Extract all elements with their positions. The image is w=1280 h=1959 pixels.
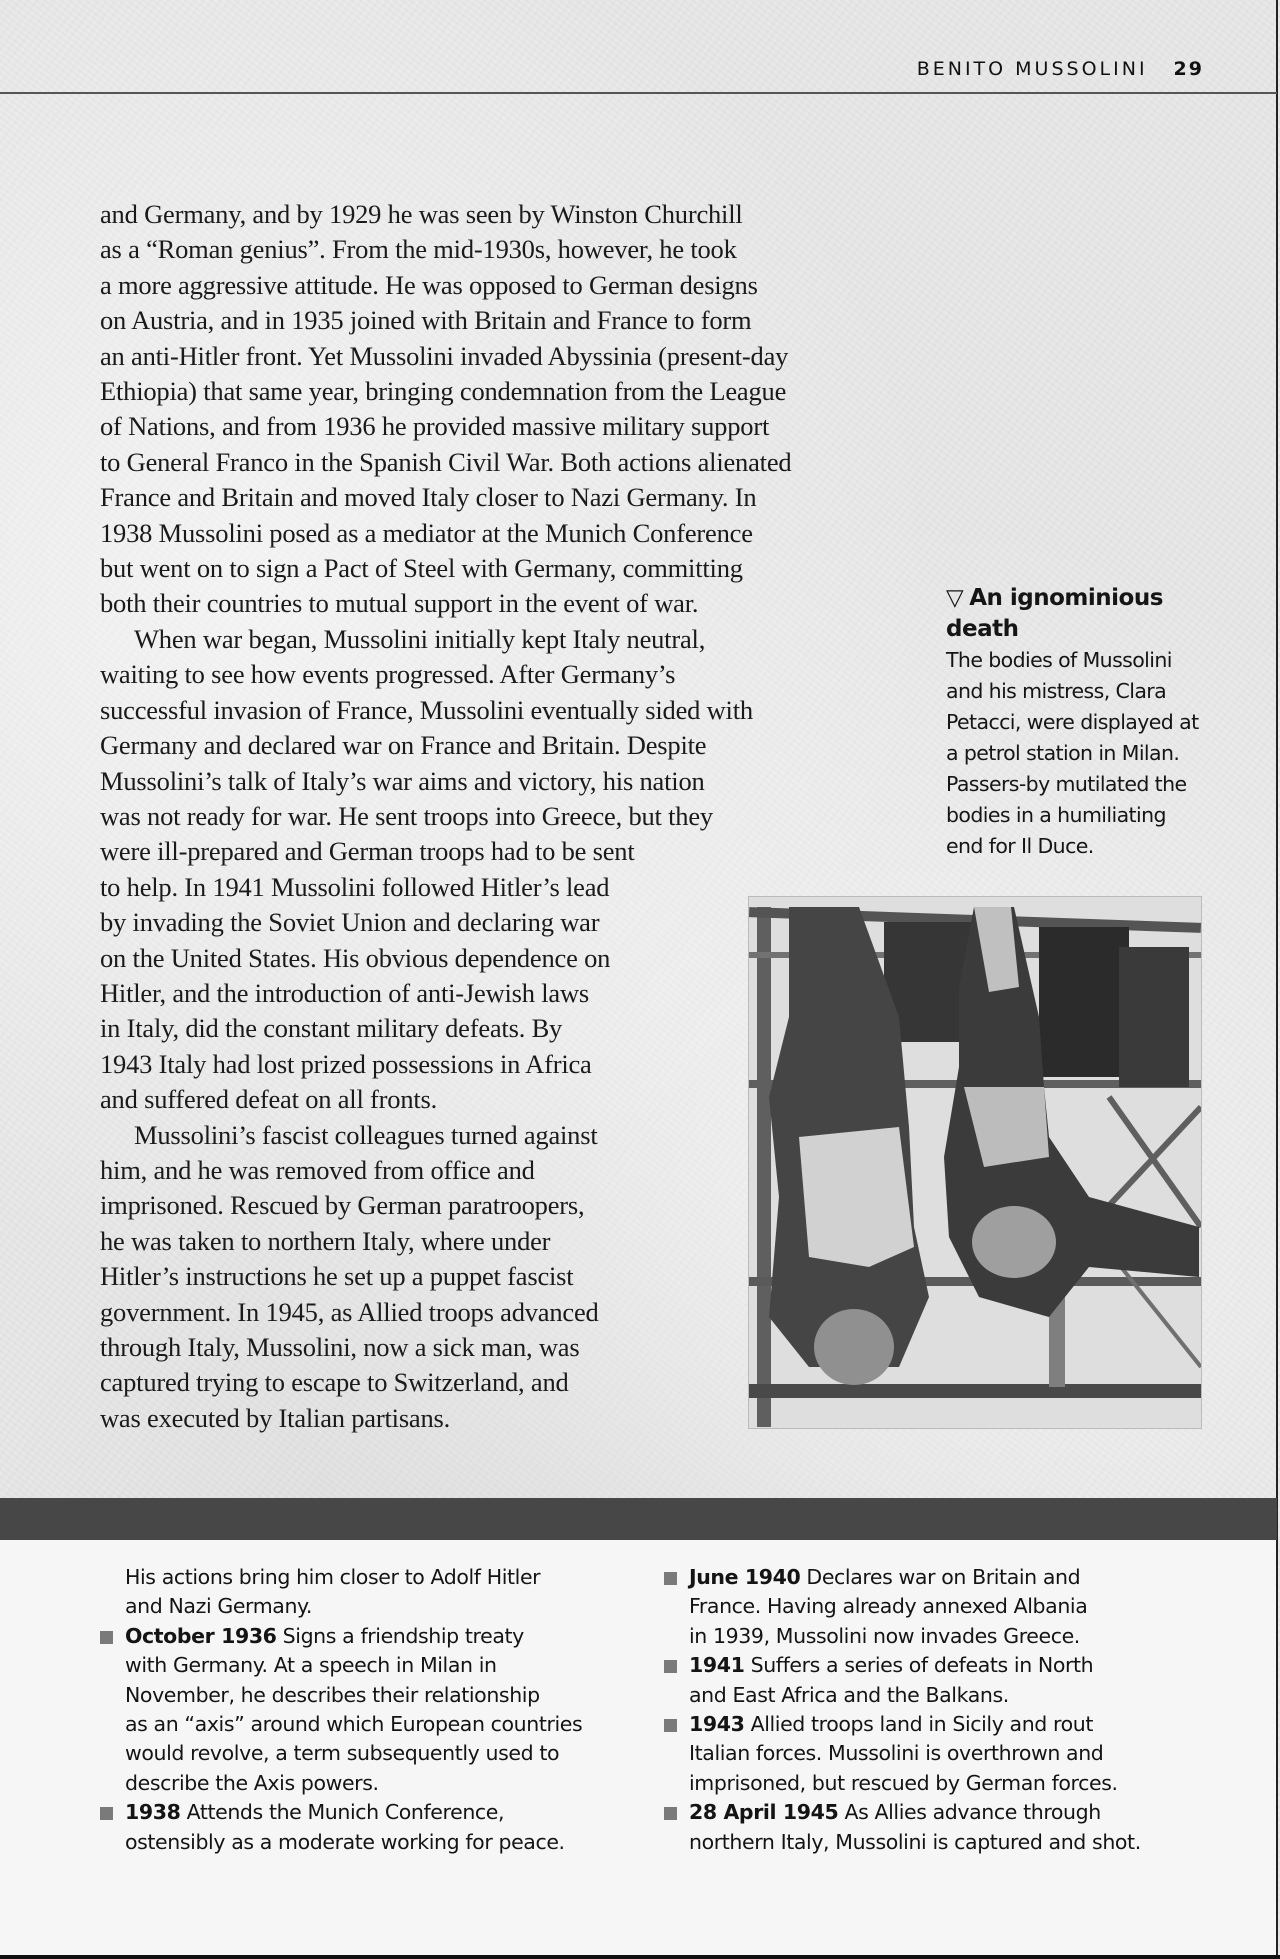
text-line: France and Britain and moved Italy close…	[100, 480, 930, 515]
timeline-date: June 1940	[689, 1565, 800, 1589]
caption-line: The bodies of Mussolini	[946, 645, 1206, 676]
timeline-text: Attends the Munich Conference,	[180, 1800, 504, 1824]
triangle-down-pointer-icon: ▽	[946, 585, 963, 611]
timeline-line: November, he describes their relationshi…	[125, 1681, 620, 1710]
text-line: was not ready for war. He sent troops in…	[100, 799, 930, 834]
text-line: When war began, Mussolini initially kept…	[100, 622, 930, 657]
timeline-item: 28 April 1945 As Allies advance through …	[664, 1798, 1224, 1857]
paragraph-1: and Germany, and by 1929 he was seen by …	[100, 197, 930, 622]
timeline-line: imprisoned, but rescued by German forces…	[689, 1769, 1224, 1798]
timeline-line: ostensibly as a moderate working for pea…	[125, 1828, 620, 1857]
text-line: were ill-prepared and German troops had …	[100, 834, 930, 869]
timeline-item: His actions bring him closer to Adolf Hi…	[100, 1563, 620, 1622]
text-line: Germany and declared war on France and B…	[100, 728, 930, 763]
timeline-column-left: His actions bring him closer to Adolf Hi…	[100, 1563, 620, 1857]
book-page: BENITO MUSSOLINI 29 and Germany, and by …	[0, 0, 1280, 1959]
timeline-date: 1938	[125, 1800, 180, 1824]
text-line: on Austria, and in 1935 joined with Brit…	[100, 303, 930, 338]
text-line: a more aggressive attitude. He was oppos…	[100, 268, 930, 303]
timeline-line: and Nazi Germany.	[125, 1592, 620, 1621]
caption-line: and his mistress, Clara	[946, 676, 1206, 707]
square-bullet-icon	[664, 1572, 677, 1585]
timeline-item: 1941 Suffers a series of defeats in Nort…	[664, 1651, 1224, 1710]
timeline-line: with Germany. At a speech in Milan in	[125, 1651, 620, 1680]
caption-title-line: death	[946, 616, 1018, 642]
caption-line: bodies in a humiliating	[946, 800, 1206, 831]
page-bottom-border	[0, 1955, 1280, 1959]
timeline-date: October 1936	[125, 1624, 277, 1648]
caption-line: Petacci, were displayed at	[946, 707, 1206, 738]
square-bullet-icon	[664, 1719, 677, 1732]
caption-line: Passers-by mutilated the	[946, 769, 1206, 800]
page-right-border	[1276, 0, 1278, 1959]
timeline-band	[0, 1498, 1277, 1540]
caption-title-line: An ignominious	[969, 585, 1163, 611]
timeline-line: in 1939, Mussolini now invades Greece.	[689, 1622, 1224, 1651]
running-title: BENITO MUSSOLINI	[917, 58, 1148, 80]
timeline-line: France. Having already annexed Albania	[689, 1592, 1224, 1621]
square-bullet-icon	[100, 1807, 113, 1820]
timeline-line: Italian forces. Mussolini is overthrown …	[689, 1739, 1224, 1768]
timeline-text: As Allies advance through	[838, 1800, 1100, 1824]
photo-image	[749, 897, 1201, 1428]
caption-body: The bodies of Mussolini and his mistress…	[946, 645, 1206, 862]
text-line: as a “Roman genius”. From the mid-1930s,…	[100, 232, 930, 267]
caption-title: ▽An ignominious death	[946, 583, 1206, 645]
text-line: an anti-Hitler front. Yet Mussolini inva…	[100, 339, 930, 374]
text-line: and Germany, and by 1929 he was seen by …	[100, 197, 930, 232]
timeline-line: would revolve, a term subsequently used …	[125, 1739, 620, 1768]
historical-photograph	[748, 896, 1202, 1429]
text-line: but went on to sign a Pact of Steel with…	[100, 551, 930, 586]
text-line: 1938 Mussolini posed as a mediator at th…	[100, 516, 930, 551]
timeline-line: northern Italy, Mussolini is captured an…	[689, 1828, 1224, 1857]
timeline-item: 1943 Allied troops land in Sicily and ro…	[664, 1710, 1224, 1798]
timeline-item: June 1940 Declares war on Britain and Fr…	[664, 1563, 1224, 1651]
timeline-date: 1943	[689, 1712, 744, 1736]
timeline-text: Declares war on Britain and	[800, 1565, 1080, 1589]
text-line: of Nations, and from 1936 he provided ma…	[100, 409, 930, 444]
text-line: to General Franco in the Spanish Civil W…	[100, 445, 930, 480]
timeline-line: and East Africa and the Balkans.	[689, 1681, 1224, 1710]
timeline-line: describe the Axis powers.	[125, 1769, 620, 1798]
square-bullet-icon	[664, 1660, 677, 1673]
header-rule	[0, 92, 1277, 94]
text-line: Ethiopia) that same year, bringing conde…	[100, 374, 930, 409]
timeline-line: His actions bring him closer to Adolf Hi…	[125, 1563, 620, 1592]
timeline-item: October 1936 Signs a friendship treaty w…	[100, 1622, 620, 1798]
caption-line: a petrol station in Milan.	[946, 738, 1206, 769]
timeline-text: Suffers a series of defeats in North	[744, 1653, 1093, 1677]
timeline-date: 1941	[689, 1653, 744, 1677]
running-head: BENITO MUSSOLINI 29	[917, 58, 1204, 80]
photo-caption: ▽An ignominious death The bodies of Muss…	[946, 583, 1206, 862]
timeline-text: Signs a friendship treaty	[277, 1624, 524, 1648]
text-line: successful invasion of France, Mussolini…	[100, 693, 930, 728]
square-bullet-icon	[664, 1807, 677, 1820]
text-line: both their countries to mutual support i…	[100, 586, 930, 621]
caption-line: end for Il Duce.	[946, 831, 1206, 862]
page-number: 29	[1174, 58, 1204, 80]
timeline-item: 1938 Attends the Munich Conference, oste…	[100, 1798, 620, 1857]
timeline-date: 28 April 1945	[689, 1800, 838, 1824]
timeline-line: as an “axis” around which European count…	[125, 1710, 620, 1739]
square-bullet-icon	[100, 1631, 113, 1644]
text-line: waiting to see how events progressed. Af…	[100, 657, 930, 692]
timeline-text: Allied troops land in Sicily and rout	[744, 1712, 1093, 1736]
text-line: Mussolini’s talk of Italy’s war aims and…	[100, 764, 930, 799]
timeline-column-right: June 1940 Declares war on Britain and Fr…	[664, 1563, 1224, 1857]
